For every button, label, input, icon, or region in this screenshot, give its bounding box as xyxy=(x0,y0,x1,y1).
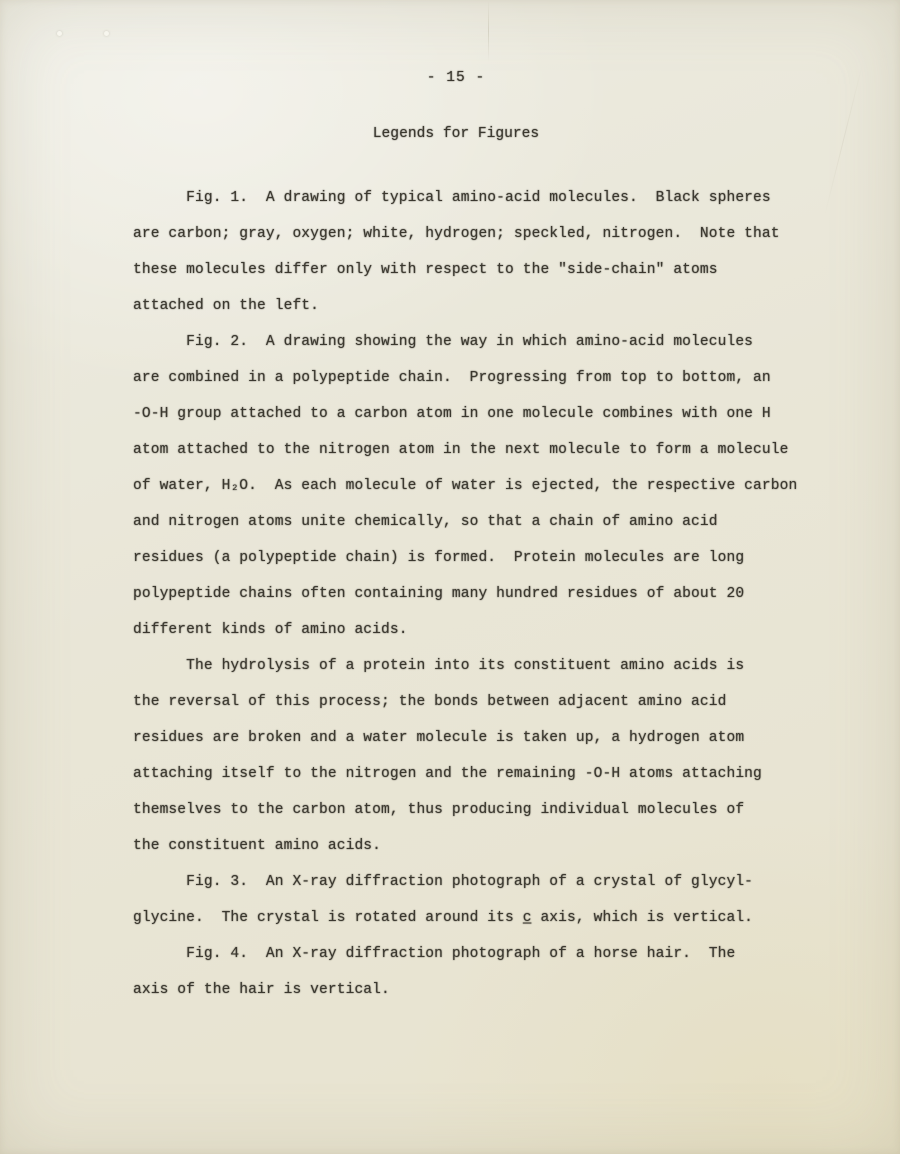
document-body: Fig. 1. A drawing of typical amino-acid … xyxy=(133,180,833,1008)
text-line: are combined in a polypeptide chain. Pro… xyxy=(133,360,833,396)
text-line: -O-H group attached to a carbon atom in … xyxy=(133,396,833,432)
text-line: of water, H₂O. As each molecule of water… xyxy=(133,468,833,504)
text-line: themselves to the carbon atom, thus prod… xyxy=(133,792,833,828)
text-line: the constituent amino acids. xyxy=(133,828,833,864)
text-line: are carbon; gray, oxygen; white, hydroge… xyxy=(133,216,833,252)
text-line: Fig. 1. A drawing of typical amino-acid … xyxy=(133,180,833,216)
paper-crease xyxy=(488,0,489,62)
text-line: and nitrogen atoms unite chemically, so … xyxy=(133,504,833,540)
text-line: The hydrolysis of a protein into its con… xyxy=(133,648,833,684)
text-line: polypeptide chains often containing many… xyxy=(133,576,833,612)
text-line: Fig. 3. An X-ray diffraction photograph … xyxy=(133,864,833,900)
text-line: axis of the hair is vertical. xyxy=(133,972,833,1008)
text-line: atom attached to the nitrogen atom in th… xyxy=(133,432,833,468)
paper-speck xyxy=(57,31,62,36)
paper-speck xyxy=(104,31,109,36)
text-line: residues are broken and a water molecule… xyxy=(133,720,833,756)
text-line: different kinds of amino acids. xyxy=(133,612,833,648)
text-line: glycine. The crystal is rotated around i… xyxy=(133,900,833,936)
scanned-page: - 15 - Legends for Figures Fig. 1. A dra… xyxy=(0,0,900,1154)
text-line: attached on the left. xyxy=(133,288,833,324)
text-line: these molecules differ only with respect… xyxy=(133,252,833,288)
page-title: Legends for Figures xyxy=(0,126,900,142)
text-line: the reversal of this process; the bonds … xyxy=(133,684,833,720)
text-line: Fig. 2. A drawing showing the way in whi… xyxy=(133,324,833,360)
page-number: - 15 - xyxy=(0,70,900,86)
text-line: residues (a polypeptide chain) is formed… xyxy=(133,540,833,576)
text-line: attaching itself to the nitrogen and the… xyxy=(133,756,833,792)
text-line: Fig. 4. An X-ray diffraction photograph … xyxy=(133,936,833,972)
